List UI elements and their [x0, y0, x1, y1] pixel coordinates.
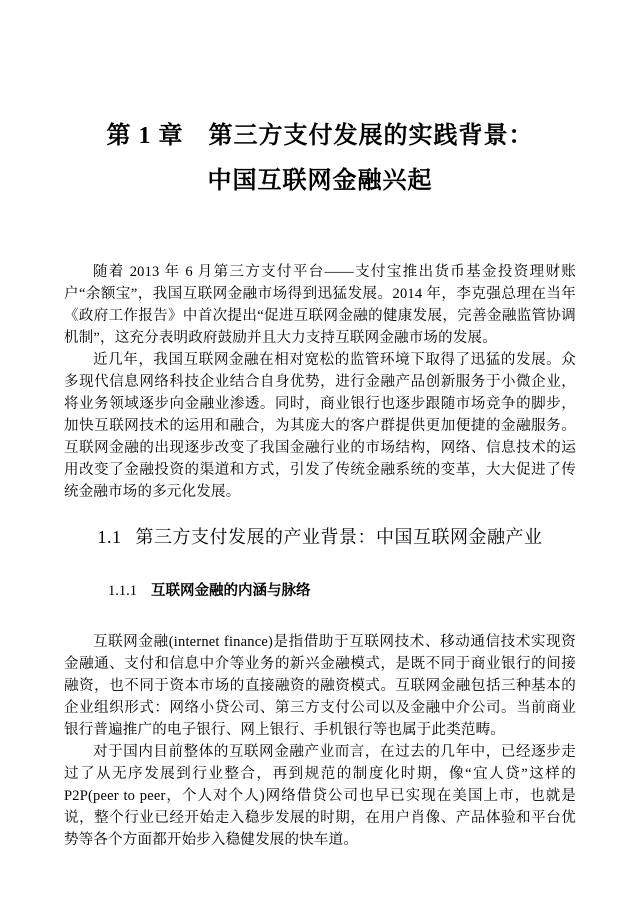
subsection-paragraph-1: 互联网金融(internet finance)是指借助于互联网技术、移动通信技术… [64, 631, 576, 741]
chapter-title-line2: 中国互联网金融兴起 [208, 168, 433, 194]
document-page: 第 1 章 第三方支付发展的实践背景： 中国互联网金融兴起 随着 2013 年 … [0, 0, 638, 902]
subsection-heading-1-1-1: 1.1.1互联网金融的内涵与脉络 [64, 580, 576, 602]
intro-paragraph-2: 近几年，我国互联网金融在相对宽松的监管环境下取得了迅猛的发展。众多现代信息网络科… [64, 349, 576, 503]
intro-paragraph-1: 随着 2013 年 6 月第三方支付平台——支付宝推出货币基金投资理财账户“余额… [64, 261, 576, 349]
chapter-title: 第 1 章 第三方支付发展的实践背景： 中国互联网金融兴起 [64, 114, 576, 204]
subsection-title: 互联网金融的内涵与脉络 [151, 583, 311, 599]
section-heading-1-1: 1.1第三方支付发展的产业背景：中国互联网金融产业 [64, 525, 576, 549]
section-number: 1.1 [98, 527, 122, 547]
subsection-paragraph-2: 对于国内目前整体的互联网金融产业而言，在过去的几年中，已经逐步走过了从无序发展到… [64, 741, 576, 851]
section-title: 第三方支付发展的产业背景：中国互联网金融产业 [136, 527, 543, 547]
chapter-title-line1: 第 1 章 第三方支付发展的实践背景： [107, 123, 534, 149]
subsection-number: 1.1.1 [108, 583, 137, 599]
